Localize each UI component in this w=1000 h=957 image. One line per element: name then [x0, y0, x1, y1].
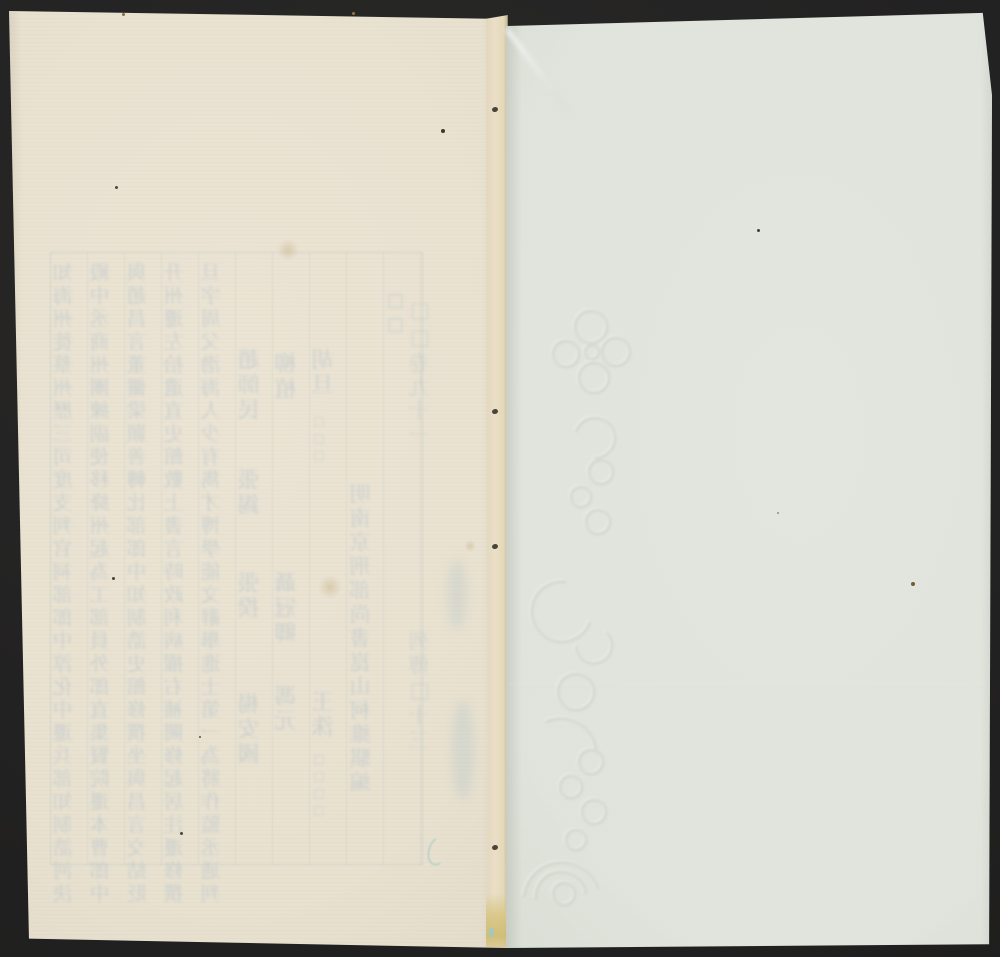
paper-speck: [352, 12, 355, 15]
photo-mount: 知海州徙蔡州歷三司度支判官祠部郎中淳化中遷兵部知制誥河決殿中丞商州團練副使移絳州…: [0, 0, 1000, 957]
embossed-floral-scroll: [506, 282, 676, 942]
binding-gutter: [486, 15, 508, 947]
left-page: [8, 10, 507, 949]
gutter-stain: [486, 893, 506, 947]
teal-fleck: [489, 928, 494, 937]
